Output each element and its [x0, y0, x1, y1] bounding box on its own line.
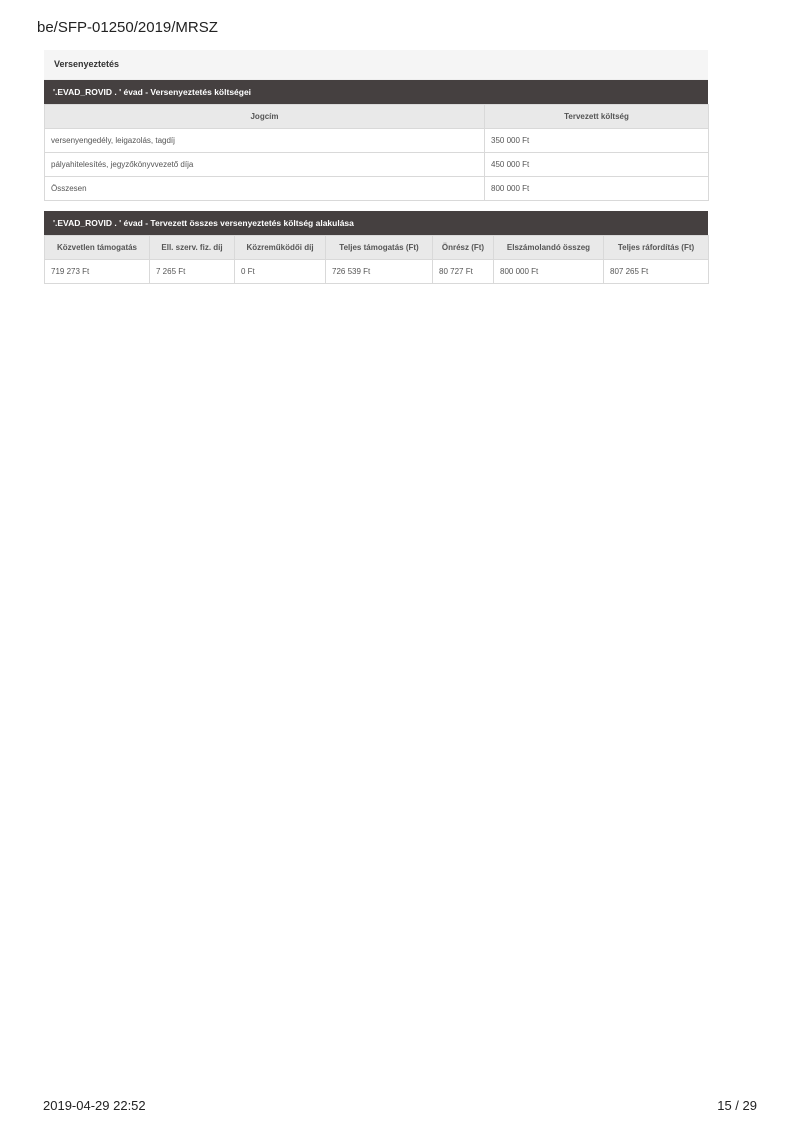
table-row: versenyengedély, leigazolás, tagdíj 350 …	[45, 129, 709, 153]
column-header-kozremukodoi-dij: Közreműködői díj	[235, 236, 326, 260]
column-header-onresz: Önrész (Ft)	[433, 236, 494, 260]
column-header-jogcim: Jogcím	[45, 105, 485, 129]
document-id: be/SFP-01250/2019/MRSZ	[37, 19, 218, 36]
summary-table-title: '.EVAD_ROVID . ' évad - Tervezett összes…	[44, 211, 708, 235]
cell-jogcim: Összesen	[45, 177, 485, 201]
table-row: pályahitelesítés, jegyzőkönyvvezető díja…	[45, 153, 709, 177]
column-header-teljes-tamogatas: Teljes támogatás (Ft)	[326, 236, 433, 260]
cell-jogcim: pályahitelesítés, jegyzőkönyvvezető díja	[45, 153, 485, 177]
column-header-ell-szerv-fiz-dij: Ell. szerv. fiz. díj	[150, 236, 235, 260]
column-header-kozvetlen-tamogatas: Közvetlen támogatás	[45, 236, 150, 260]
cell-kozvetlen-tamogatas: 719 273 Ft	[45, 260, 150, 284]
costs-table-title: '.EVAD_ROVID . ' évad - Versenyeztetés k…	[44, 80, 708, 104]
cell-koltseg: 350 000 Ft	[485, 129, 709, 153]
panel-heading: Versenyeztetés	[44, 50, 708, 80]
cell-koltseg: 800 000 Ft	[485, 177, 709, 201]
table-header-row: Jogcím Tervezett költség	[45, 105, 709, 129]
costs-table-block: '.EVAD_ROVID . ' évad - Versenyeztetés k…	[44, 80, 708, 201]
summary-table: Közvetlen támogatás Ell. szerv. fiz. díj…	[44, 235, 709, 284]
cell-koltseg: 450 000 Ft	[485, 153, 709, 177]
cell-kozremukodoi-dij: 0 Ft	[235, 260, 326, 284]
table-row-total: Összesen 800 000 Ft	[45, 177, 709, 201]
column-header-teljes-raforditas: Teljes ráfordítás (Ft)	[604, 236, 709, 260]
table-header-row: Közvetlen támogatás Ell. szerv. fiz. díj…	[45, 236, 709, 260]
cell-onresz: 80 727 Ft	[433, 260, 494, 284]
footer-timestamp: 2019-04-29 22:52	[43, 1098, 146, 1113]
cell-teljes-raforditas: 807 265 Ft	[604, 260, 709, 284]
cell-jogcim: versenyengedély, leigazolás, tagdíj	[45, 129, 485, 153]
versenyeztetes-panel: Versenyeztetés '.EVAD_ROVID . ' évad - V…	[44, 50, 708, 284]
table-row: 719 273 Ft 7 265 Ft 0 Ft 726 539 Ft 80 7…	[45, 260, 709, 284]
cell-elszamolando-osszeg: 800 000 Ft	[494, 260, 604, 284]
footer-page-number: 15 / 29	[717, 1098, 757, 1113]
spacer	[44, 201, 708, 211]
column-header-elszamolando-osszeg: Elszámolandó összeg	[494, 236, 604, 260]
summary-table-block: '.EVAD_ROVID . ' évad - Tervezett összes…	[44, 211, 708, 284]
costs-table: Jogcím Tervezett költség versenyengedély…	[44, 104, 709, 201]
column-header-tervezett-koltseg: Tervezett költség	[485, 105, 709, 129]
cell-ell-szerv-fiz-dij: 7 265 Ft	[150, 260, 235, 284]
cell-teljes-tamogatas: 726 539 Ft	[326, 260, 433, 284]
